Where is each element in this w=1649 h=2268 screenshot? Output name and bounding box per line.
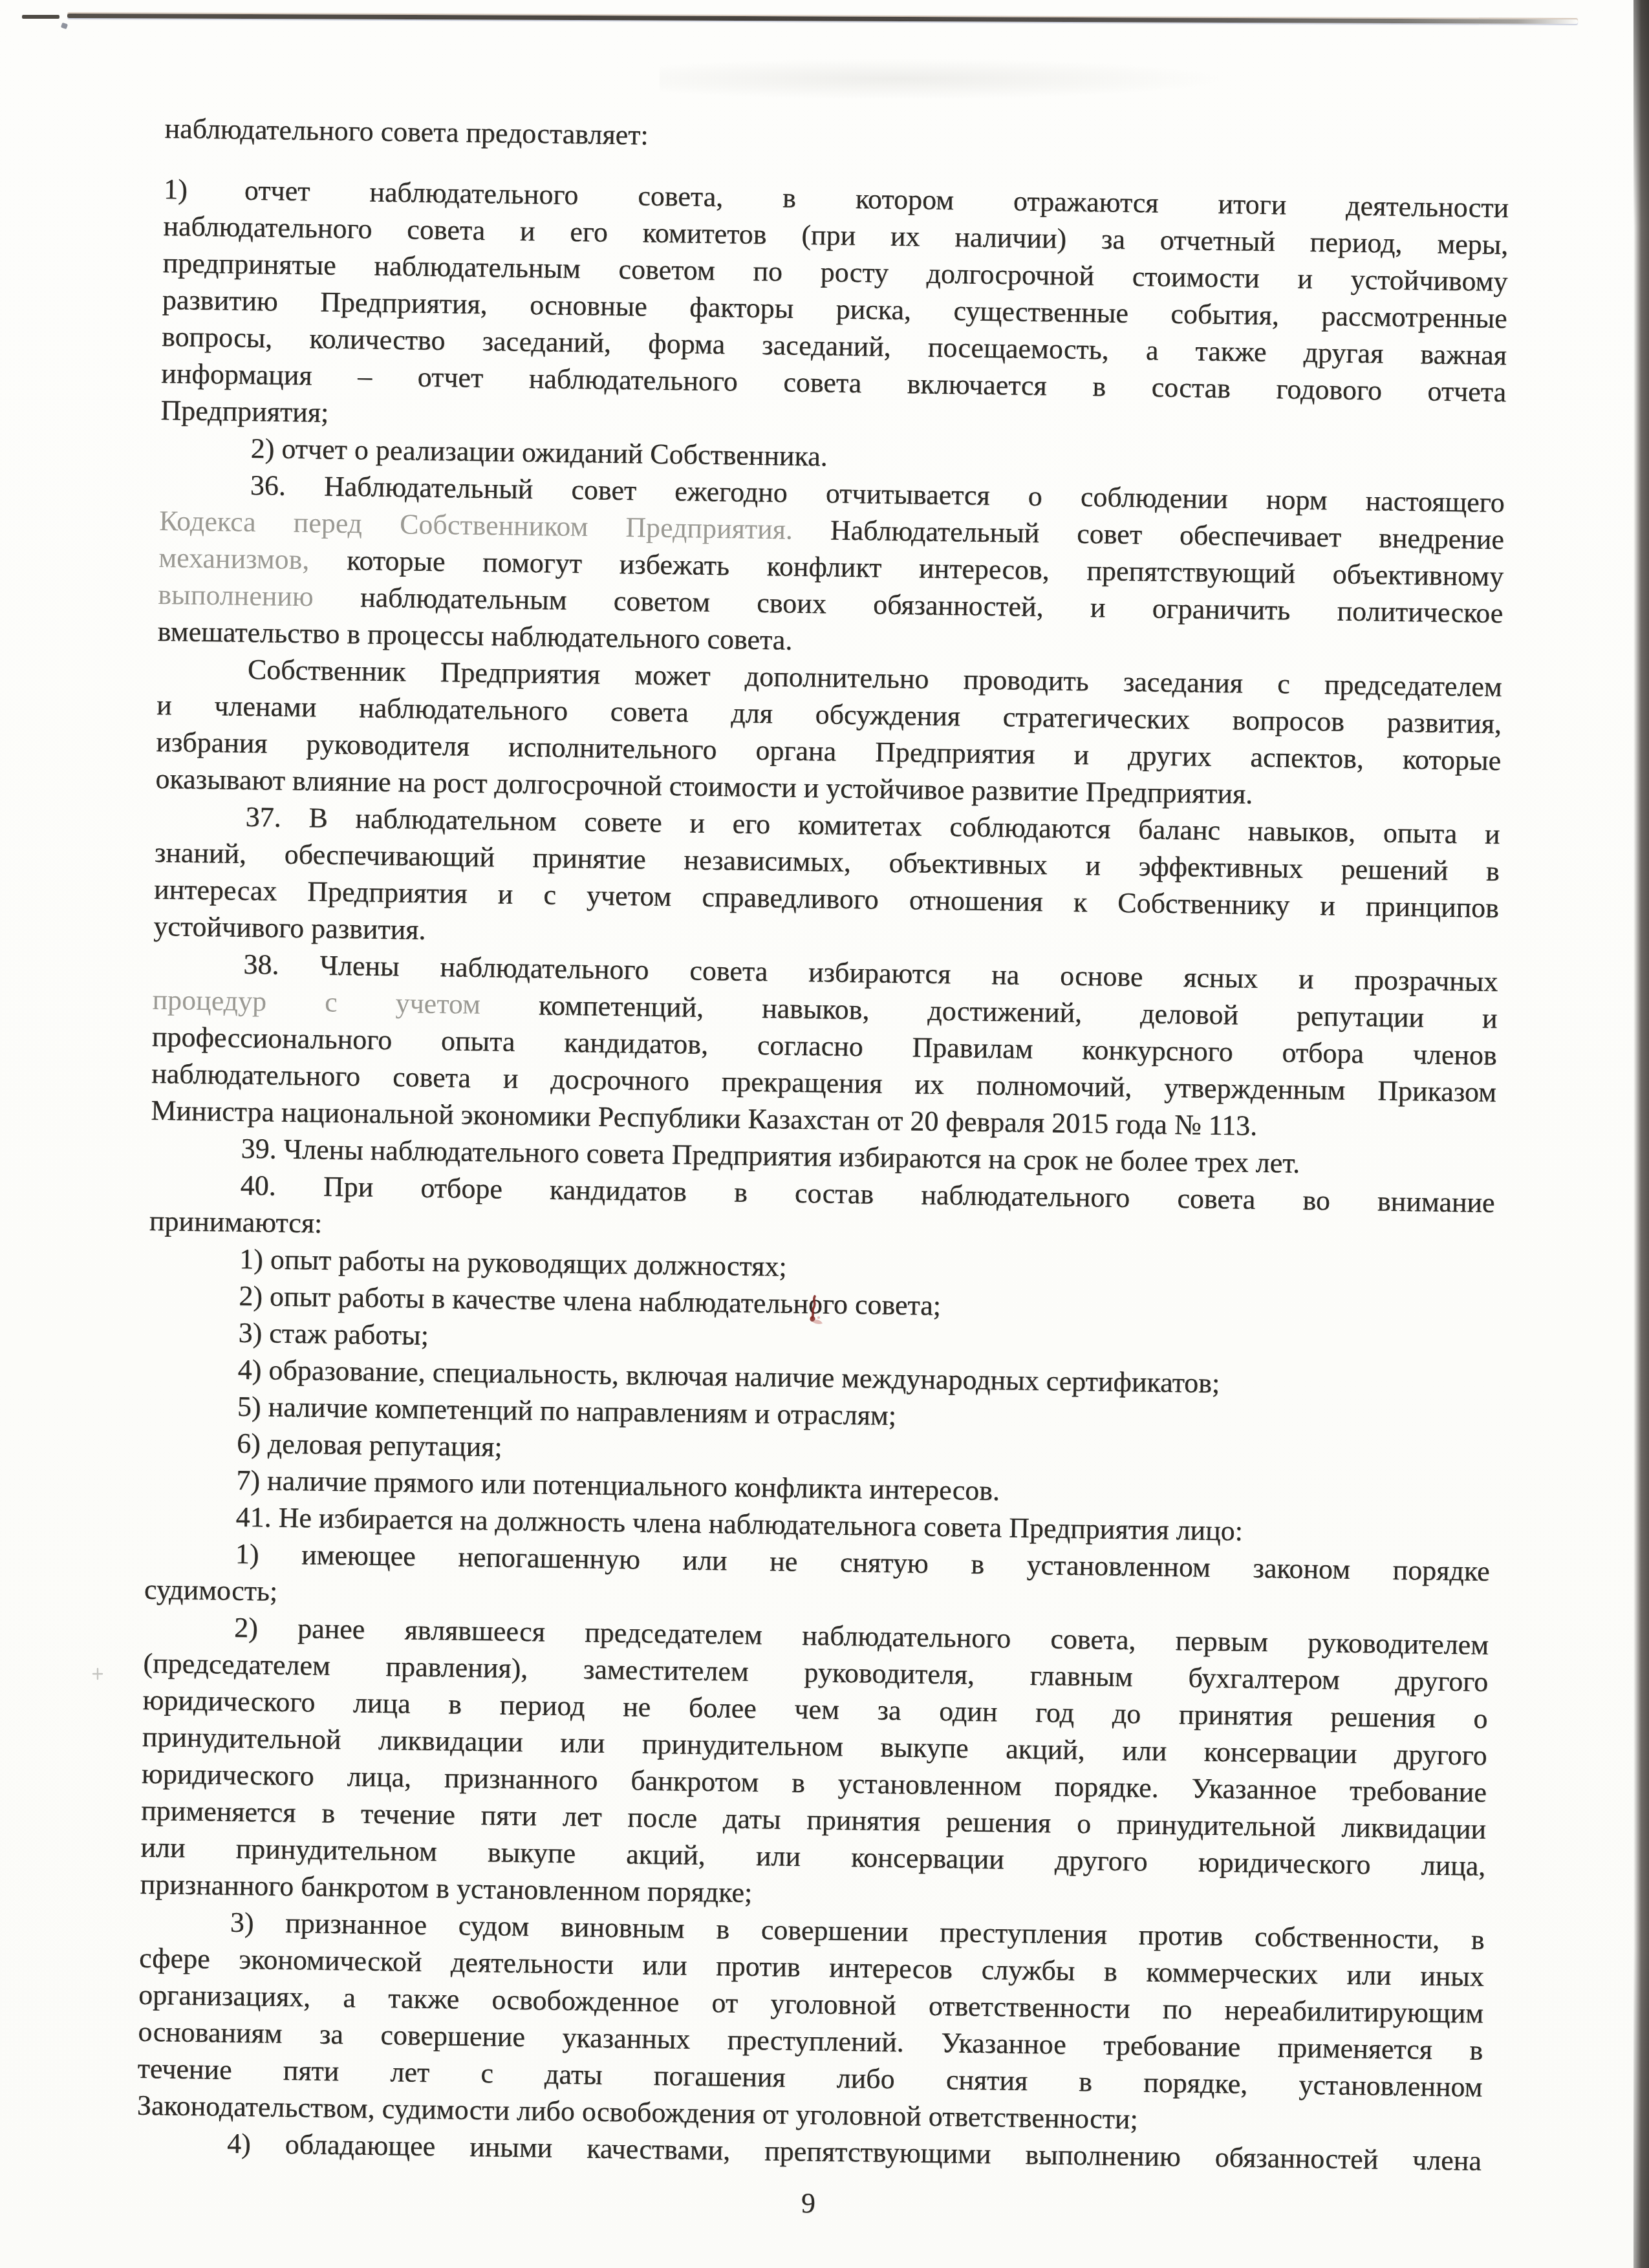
margin-pen-speck <box>91 1667 105 1681</box>
top-scan-speck <box>61 23 68 30</box>
text-line: наблюдательного совета предоставляет: <box>164 110 1510 166</box>
document-text: наблюдательного совета предоставляет:1) … <box>136 110 1510 2231</box>
scan-smudge <box>660 58 1229 100</box>
right-edge-scan-shadow <box>1633 0 1649 2268</box>
page-number: 9 <box>136 2176 1482 2231</box>
top-scan-artifact-dash <box>22 15 59 19</box>
top-scan-artifact-line <box>67 14 1578 24</box>
scanned-page: наблюдательного совета предоставляет:1) … <box>0 0 1649 2268</box>
red-pen-mark <box>804 1294 826 1328</box>
